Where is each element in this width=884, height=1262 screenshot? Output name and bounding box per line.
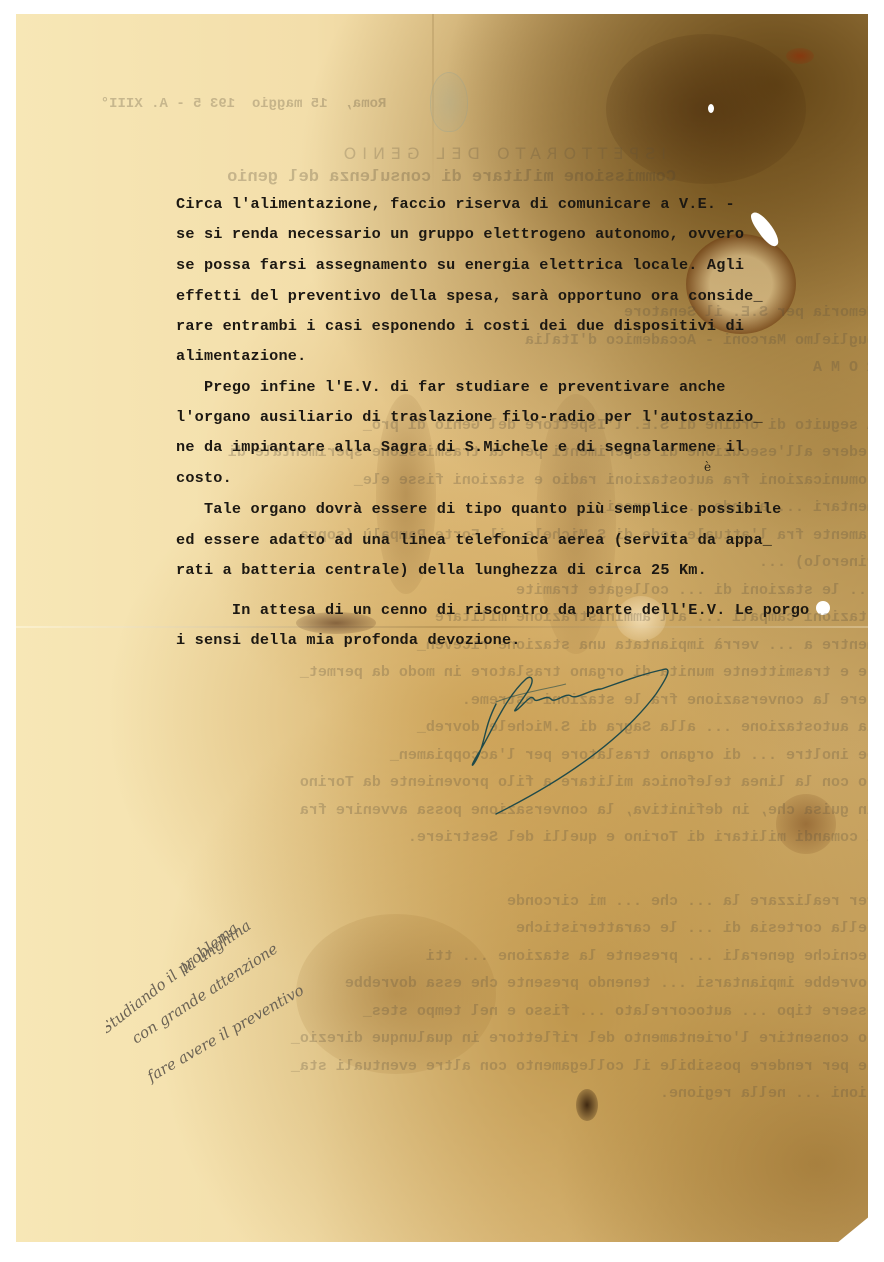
header-date-bleed: Roma, 15 maggio 193 5 - A. XIII° <box>40 80 420 128</box>
letter-line: i sensi della mia profonda devozione. <box>176 630 521 650</box>
letter-line: rare entrambi i casi esponendo i costi d… <box>176 316 744 336</box>
header-department-bleed: Commissione militare di consulenza del g… <box>116 168 676 187</box>
rust-spot <box>786 48 814 64</box>
annotation-line: fare avere il preventivo <box>143 981 307 1086</box>
handwritten-correction: è <box>704 460 711 474</box>
bleed-line: comunicazioni fra autostazioni radio e s… <box>186 472 876 489</box>
letter-line: Prego infine l'E.V. di far studiare e pr… <box>176 377 726 397</box>
paper-hole <box>708 104 714 113</box>
horizontal-fold-crease <box>16 626 868 628</box>
letterhead-emblem-bleed <box>430 72 468 132</box>
letter-line: Circa l'alimentazione, faccio riserva di… <box>176 194 735 214</box>
letter-line: ed essere adatto ad una linea telefonica… <box>176 530 772 550</box>
header-date: 15 maggio <box>252 96 328 112</box>
letter-line: se possa farsi assegnamento su energia e… <box>176 255 744 275</box>
letter-page: Roma, 15 maggio 193 5 - A. XIII° ISPETTO… <box>16 14 868 1242</box>
letter-line: rati a batteria centrale) della lunghezz… <box>176 560 707 580</box>
header-office-bleed: ISPETTORATO DEL GENIO <box>266 144 666 163</box>
letter-line: alimentazione. <box>176 346 306 366</box>
letter-line: ne da impiantare alla Sagra di S.Michele… <box>176 437 744 457</box>
letter-line: l'organo ausiliario di traslazione filo-… <box>176 407 763 427</box>
letter-line: costo. <box>176 468 232 488</box>
letter-line: Tale organo dovrà essere di tipo quanto … <box>176 499 781 519</box>
header-year: 193 5 - A. XIII° <box>101 96 235 112</box>
bleed-line: Per realizzare la ... che ... mi circond… <box>186 893 876 910</box>
bleed-line: ... le stazioni di ... collegate tramite <box>186 582 876 599</box>
letter-line: se si renda necessario un gruppo elettro… <box>176 224 744 244</box>
letter-line: effetti del preventivo della spesa, sarà… <box>176 286 763 306</box>
pencil-annotation: la unghina Studiando il problema con gra… <box>106 914 436 1114</box>
signature <box>456 654 696 834</box>
letter-line: In attesa di un cenno di riscontro da pa… <box>176 600 809 620</box>
header-place: Roma, <box>344 96 386 112</box>
